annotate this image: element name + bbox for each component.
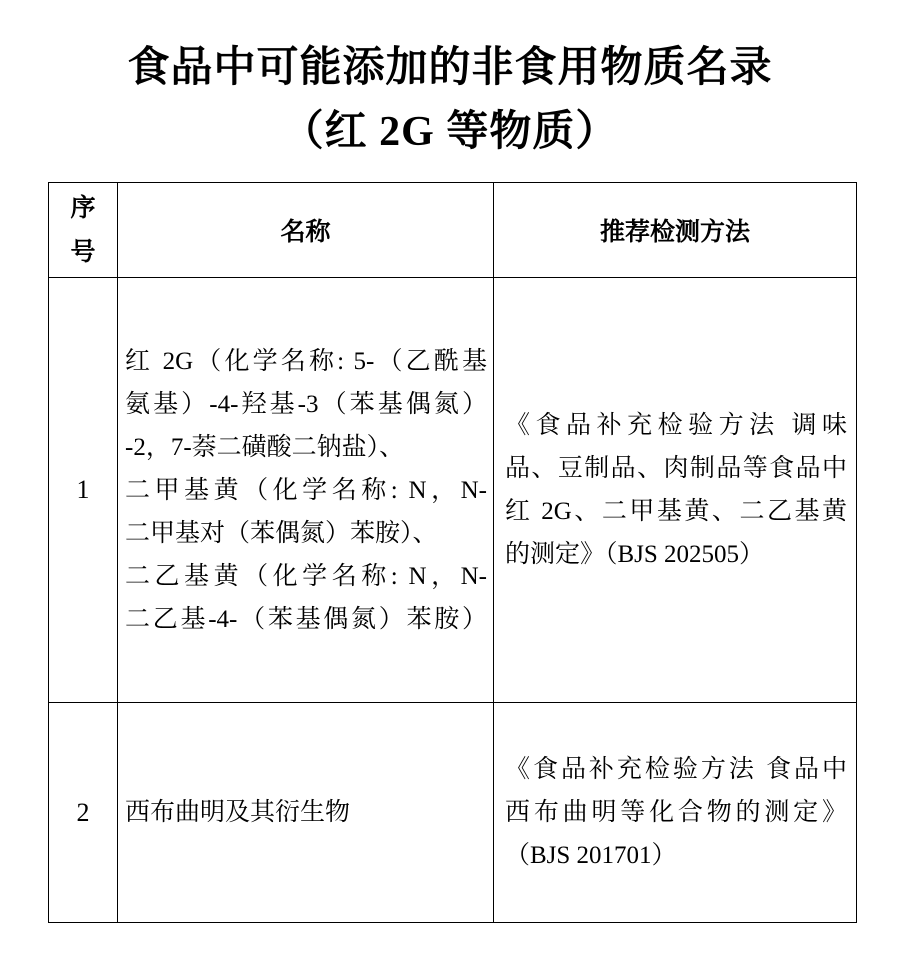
header-method-label: 推荐检测方法 bbox=[600, 212, 750, 248]
row-1-method-line: 《食品补充检验方法 调味 bbox=[505, 404, 847, 447]
row-1-name-line: 二甲基对（苯偶氮）苯胺）、 bbox=[125, 512, 487, 555]
header-cell-method: 推荐检测方法 bbox=[494, 183, 857, 278]
row-1-name-line: -2，7-萘二磺酸二钠盐）、 bbox=[125, 426, 487, 469]
header-cell-index: 序 号 bbox=[49, 183, 118, 278]
table-row-1-index: 1 bbox=[49, 278, 118, 703]
row-2-name-line: 西布曲明及其衍生物 bbox=[125, 791, 487, 834]
title-line-2: （红 2G 等物质） bbox=[0, 100, 900, 164]
row-1-name-line: 红 2G（化学名称: 5-（乙酰基 bbox=[125, 340, 487, 383]
header-cell-name: 名称 bbox=[118, 183, 494, 278]
row-1-index-value: 1 bbox=[77, 475, 90, 505]
row-1-name-line: 二乙基-4-（苯基偶氮）苯胺） bbox=[125, 598, 487, 641]
row-1-method-line: 红 2G、二甲基黄、二乙基黄 bbox=[505, 490, 847, 533]
header-index-line-1: 序 bbox=[70, 186, 95, 230]
table-row-1-name: 红 2G（化学名称: 5-（乙酰基 氨基）-4-羟基-3（苯基偶氮） -2，7-… bbox=[118, 278, 494, 703]
table-row-2-index: 2 bbox=[49, 703, 118, 923]
row-1-name-line: 二乙基黄（化学名称: N，N- bbox=[125, 555, 487, 598]
table-row-1-method: 《食品补充检验方法 调味 品、豆制品、肉制品等食品中 红 2G、二甲基黄、二乙基… bbox=[494, 278, 857, 703]
substances-table: 序 号 名称 推荐检测方法 1 红 2G（化学名称: 5-（乙酰基 氨基）-4-… bbox=[48, 182, 857, 923]
title-line-1: 食品中可能添加的非食用物质名录 bbox=[0, 36, 900, 100]
header-name-label: 名称 bbox=[280, 212, 330, 248]
document-title: 食品中可能添加的非食用物质名录 （红 2G 等物质） bbox=[0, 36, 900, 164]
row-2-method-line: 西布曲明等化合物的测定》 bbox=[505, 791, 847, 834]
header-index-line-2: 号 bbox=[70, 230, 95, 274]
row-1-method-line: 的测定》（BJS 202505） bbox=[505, 533, 847, 576]
row-1-method-line: 品、豆制品、肉制品等食品中 bbox=[505, 447, 847, 490]
document-page: 食品中可能添加的非食用物质名录 （红 2G 等物质） 序 号 名称 推荐检测方法… bbox=[0, 0, 900, 972]
table-row-2-name: 西布曲明及其衍生物 bbox=[118, 703, 494, 923]
row-2-method-line: （BJS 201701） bbox=[505, 834, 847, 877]
row-2-index-value: 2 bbox=[77, 798, 90, 828]
row-2-method-line: 《食品补充检验方法 食品中 bbox=[505, 748, 847, 791]
row-1-name-line: 二甲基黄（化学名称: N，N- bbox=[125, 469, 487, 512]
table-row-2-method: 《食品补充检验方法 食品中 西布曲明等化合物的测定》 （BJS 201701） bbox=[494, 703, 857, 923]
row-1-name-line: 氨基）-4-羟基-3（苯基偶氮） bbox=[125, 383, 487, 426]
